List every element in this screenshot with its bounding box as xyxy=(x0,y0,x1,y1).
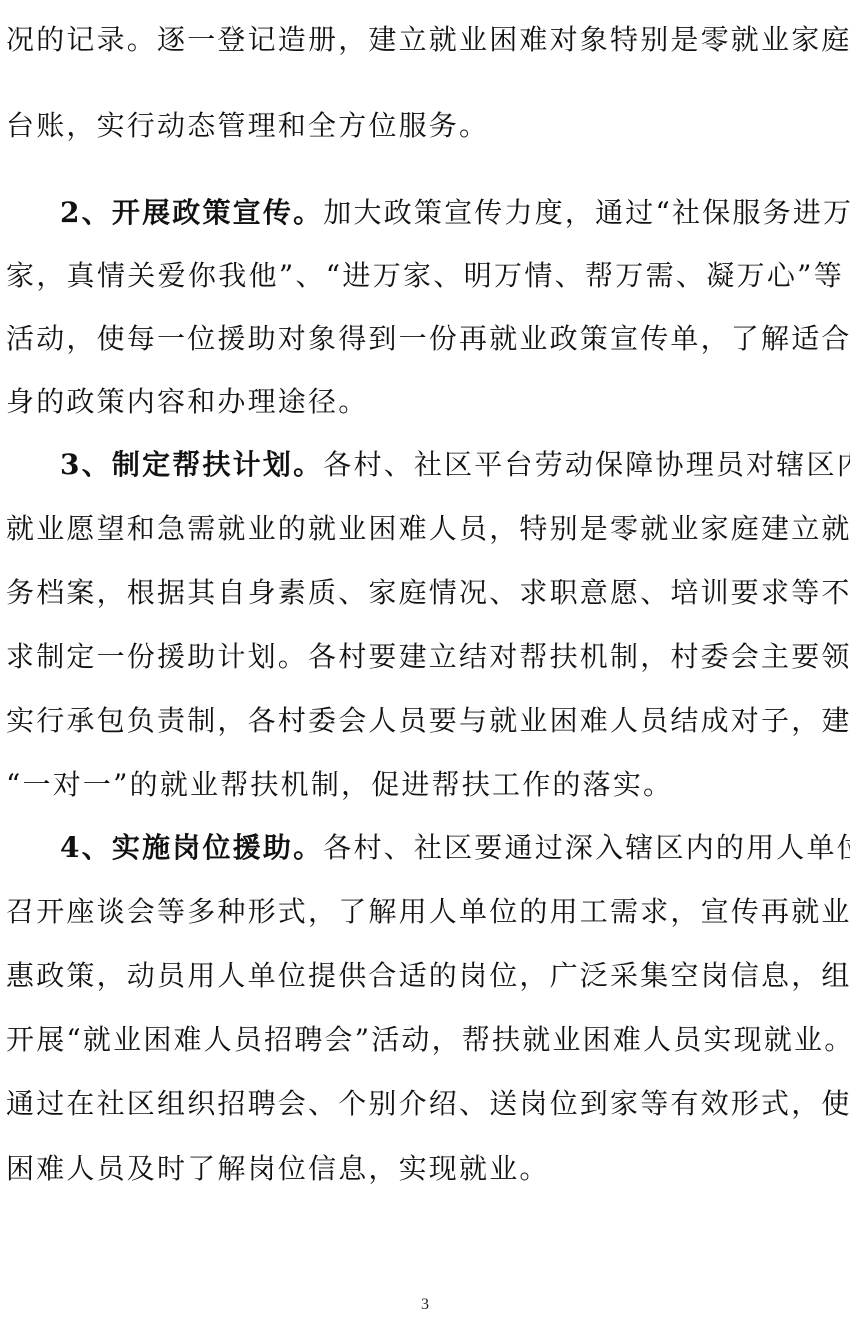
paragraph-line: 召开座谈会等多种形式，了解用人单位的用工需求，宣传再就业优 xyxy=(6,892,844,932)
paragraph-text: 各村、社区要通过深入辖区内的用人单位、 xyxy=(323,831,850,864)
section-heading: 3、制定帮扶计划。 xyxy=(60,448,323,481)
paragraph-line: 实行承包负责制，各村委会人员要与就业困难人员结成对子，建立 xyxy=(6,701,844,741)
paragraph-first-line: 2、开展政策宣传。加大政策宣传力度，通过“社保服务进万 xyxy=(60,193,844,233)
paragraph-line: “一对一”的就业帮扶机制，促进帮扶工作的落实。 xyxy=(6,765,844,805)
document-page: 况的记录。逐一登记造册，建立就业困难对象特别是零就业家庭基础 台账，实行动态管理… xyxy=(0,0,850,1322)
paragraph-line: 困难人员及时了解岗位信息，实现就业。 xyxy=(6,1149,844,1189)
paragraph-line: 活动，使每一位援助对象得到一份再就业政策宣传单，了解适合自 xyxy=(6,319,844,359)
paragraph-line: 惠政策，动员用人单位提供合适的岗位，广泛采集空岗信息，组织 xyxy=(6,956,844,996)
paragraph-line: 务档案，根据其自身素质、家庭情况、求职意愿、培训要求等不同需 xyxy=(6,573,844,613)
paragraph-first-line: 3、制定帮扶计划。各村、社区平台劳动保障协理员对辖区内有 xyxy=(60,445,844,485)
paragraph-line: 就业愿望和急需就业的就业困难人员，特别是零就业家庭建立就业服 xyxy=(6,509,844,549)
section-heading: 4、实施岗位援助。 xyxy=(60,831,323,864)
paragraph-line: 求制定一份援助计划。各村要建立结对帮扶机制，村委会主要领导 xyxy=(6,637,844,677)
paragraph-line: 台账，实行动态管理和全方位服务。 xyxy=(6,106,844,146)
paragraph-line: 家，真情关爱你我他”、“进万家、明万情、帮万需、凝万心”等 xyxy=(6,256,844,296)
paragraph-first-line: 4、实施岗位援助。各村、社区要通过深入辖区内的用人单位、 xyxy=(60,828,844,868)
paragraph-text: 加大政策宣传力度，通过“社保服务进万 xyxy=(323,196,850,229)
paragraph-line: 通过在社区组织招聘会、个别介绍、送岗位到家等有效形式，使就业 xyxy=(6,1084,844,1124)
paragraph-line: 况的记录。逐一登记造册，建立就业困难对象特别是零就业家庭基础 xyxy=(6,20,844,60)
page-number: 3 xyxy=(0,1296,850,1314)
paragraph-line: 开展“就业困难人员招聘会”活动，帮扶就业困难人员实现就业。 xyxy=(6,1020,844,1060)
paragraph-text: 各村、社区平台劳动保障协理员对辖区内有 xyxy=(323,448,850,481)
paragraph-line: 身的政策内容和办理途径。 xyxy=(6,382,844,422)
section-heading: 2、开展政策宣传。 xyxy=(60,196,323,229)
